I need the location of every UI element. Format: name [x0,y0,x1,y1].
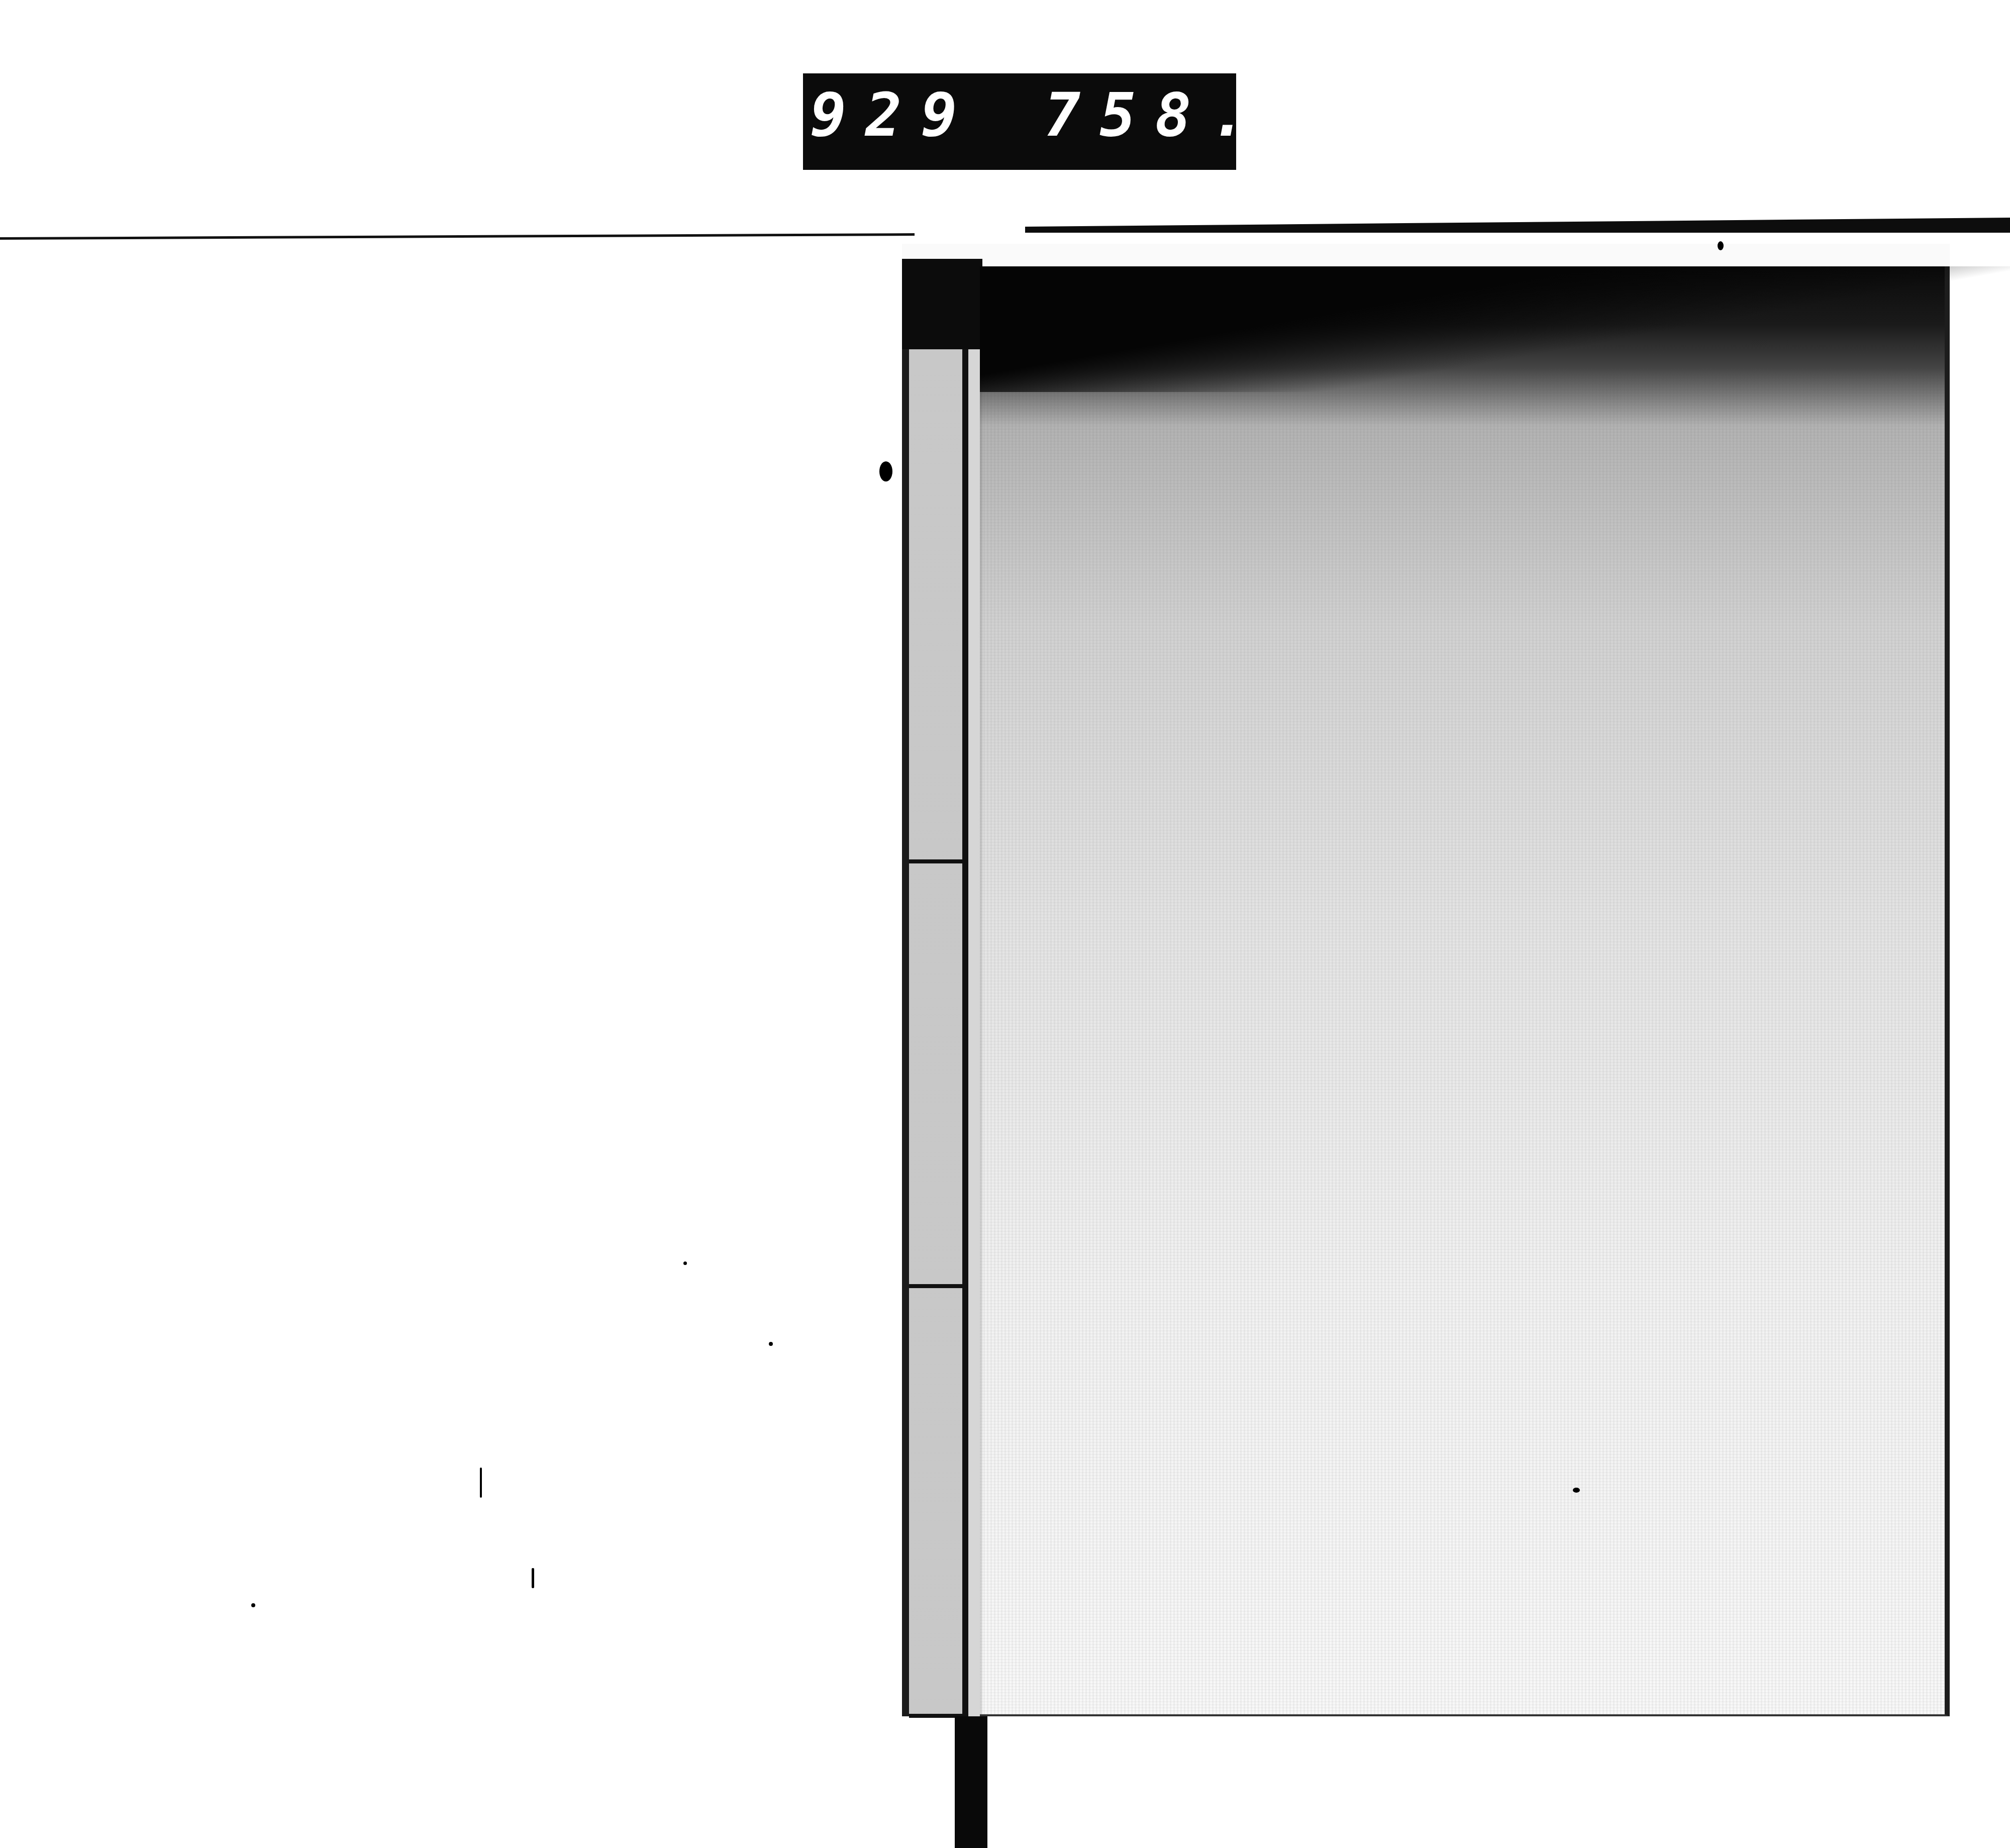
ink-mark [532,1568,534,1588]
ink-speck [1718,241,1724,250]
ink-speck [1573,1488,1580,1493]
reel-number-left: 929 [810,85,976,146]
book-cover [980,266,1950,1716]
binding-stitch [909,1284,964,1288]
binding-stitch [909,859,964,863]
cover-top-shadow [980,266,2010,392]
reel-number-label: 929 758. [803,73,1236,170]
book-top-edge-shadow [1025,218,2010,233]
book [902,244,1950,1716]
ink-speck [251,1603,255,1607]
binding-thread-tail [955,1716,987,1848]
ink-speck [683,1261,687,1265]
reel-number-right: 758. [1044,85,1266,146]
ink-speck [879,461,892,481]
table-edge-line [0,233,915,240]
book-spine [902,259,982,1716]
ink-mark [480,1468,482,1498]
ink-speck [769,1342,773,1346]
